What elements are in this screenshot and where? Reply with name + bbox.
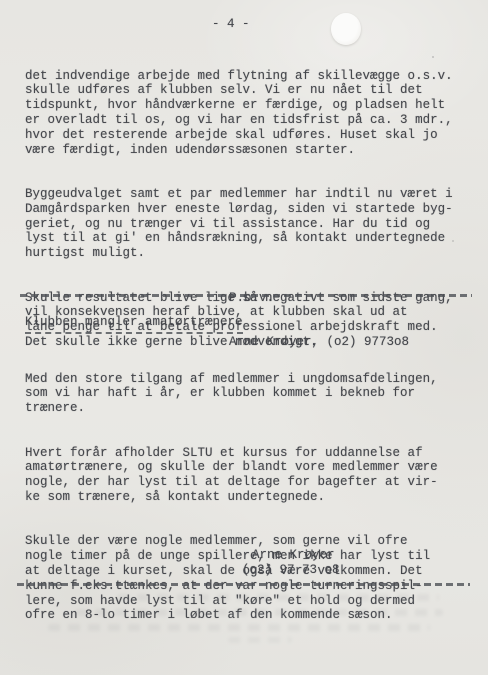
document-page: - 4 - det indvendige arbejde med flytnin… xyxy=(0,0,488,675)
dashed-separator-top xyxy=(20,294,472,297)
signoff-abbreviation: P.b.v. xyxy=(229,291,409,306)
notice1-paragraph-2: Byggeudvalget samt et par medlemmer har … xyxy=(25,187,453,261)
bleedthrough-smudge xyxy=(75,609,443,616)
notice2-paragraph-1: Med den store tilgang af medlemmer i ung… xyxy=(25,372,438,416)
notice2-signature-name: Arne Krøyer xyxy=(252,548,335,563)
notice2-paragraph-2: Hvert forår afholder SLTU et kursus for … xyxy=(25,446,438,505)
bleedthrough-smudge xyxy=(48,624,430,631)
page-number: - 4 - xyxy=(212,17,250,32)
bleedthrough-smudge xyxy=(228,637,292,643)
dashed-separator-bottom xyxy=(17,583,470,586)
notice1-paragraph-1: det indvendige arbejde med flytning af s… xyxy=(25,69,453,158)
bleedthrough-smudge xyxy=(117,594,439,601)
notice2-signature-phone: (o2) 97 73 o8 xyxy=(242,563,340,578)
notice2-body: Med den store tilgang af medlemmer i ung… xyxy=(25,342,438,653)
notice2-heading: Klubben mangler amatørtrænere xyxy=(25,315,243,334)
paper-speck xyxy=(52,540,54,542)
